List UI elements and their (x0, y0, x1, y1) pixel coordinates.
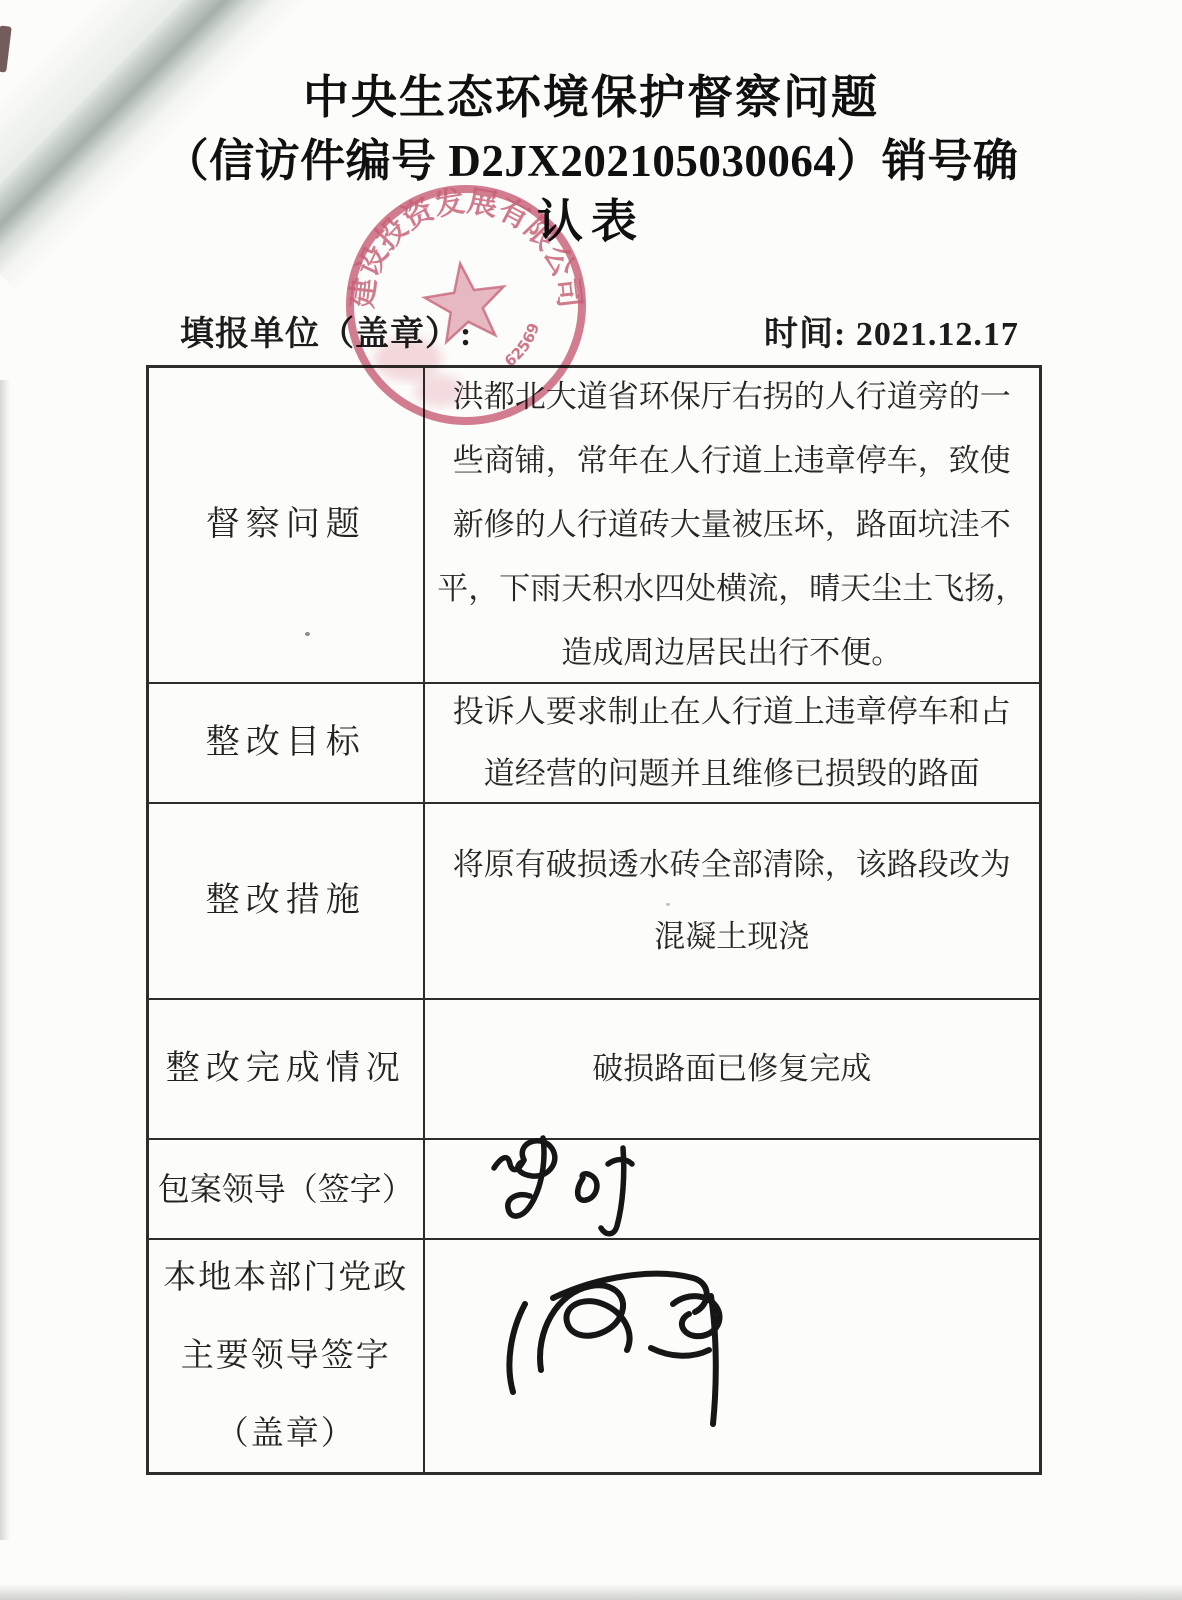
table-row-party-gov-leader-signature: 本地本部门党政 主要领导签字 （盖章） (149, 1240, 1039, 1472)
table-row-rectification-measures: 整改措施 将原有破损透水砖全部清除，该路段改为 混凝土现浇 (149, 804, 1039, 1000)
party-gov-leader-signature (495, 1252, 785, 1437)
row-value (425, 1140, 1040, 1238)
company-seal-stamp: 建设投资发展有限公司 62569 (330, 169, 602, 441)
confirmation-table: 督察问题 洪都北大道省环保厅右拐的人行道旁的一 些商铺，常年在人行道上违章停车，… (146, 365, 1042, 1475)
seal-serial-number: 62569 (501, 321, 543, 371)
table-row-completion-status: 整改完成情况 破损路面已修复完成 (149, 1000, 1039, 1140)
svg-text:62569: 62569 (501, 321, 543, 371)
scan-artifact-left-edge (0, 380, 10, 1540)
date-label: 时间: 2021.12.17 (764, 306, 1019, 355)
scanned-form-page: 中央生态环境保护督察问题 （信访件编号 D2JX202105030064）销号确… (0, 0, 1182, 1600)
seal-star-icon (421, 258, 511, 344)
row-label: 本地本部门党政 主要领导签字 （盖章） (149, 1240, 425, 1472)
row-value (425, 1240, 1040, 1472)
seal-smudge (374, 337, 442, 381)
table-row-case-leader-signature: 包案领导（签字） (149, 1140, 1039, 1240)
case-leader-signature (480, 1126, 655, 1246)
table-row-rectification-goal: 整改目标 投诉人要求制止在人行道上违章停车和占 道经营的问题并且维修已损毁的路面 (149, 684, 1039, 804)
row-label: 整改措施 (149, 804, 425, 998)
seal-smudge (414, 375, 466, 407)
title-line-1: 中央生态环境保护督察问题 (0, 66, 1182, 130)
row-value: 将原有破损透水砖全部清除，该路段改为 混凝土现浇 (425, 804, 1040, 998)
row-label: 整改目标 (149, 684, 425, 802)
row-value: 投诉人要求制止在人行道上违章停车和占 道经营的问题并且维修已损毁的路面 (425, 684, 1040, 802)
row-label: 整改完成情况 (149, 1000, 425, 1138)
scan-artifact-bottom-edge (0, 1584, 1182, 1600)
row-value: 破损路面已修复完成 (425, 1000, 1040, 1138)
row-label: 包案领导（签字） (149, 1140, 425, 1238)
